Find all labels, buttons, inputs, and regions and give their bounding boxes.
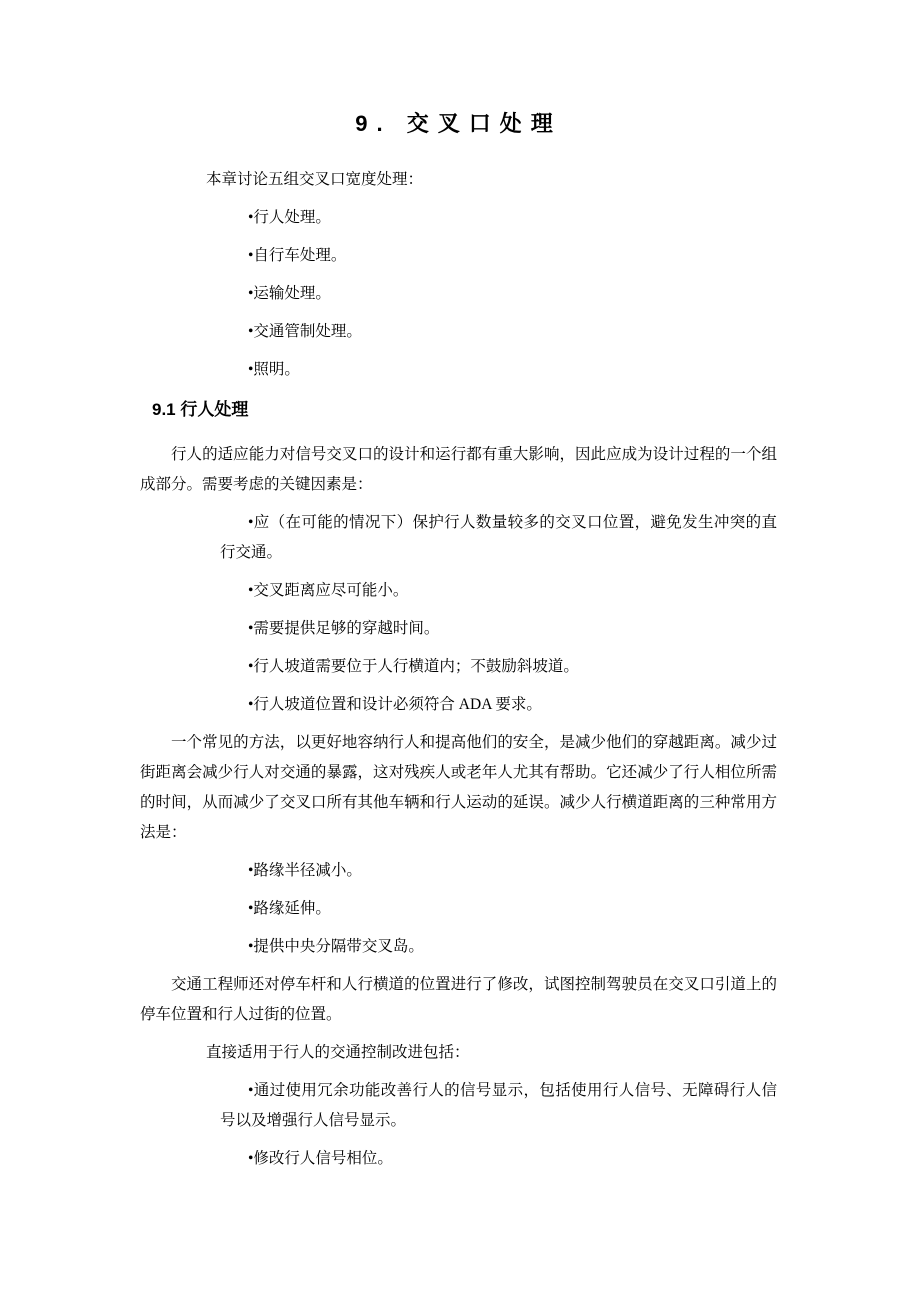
bullet-item: •需要提供足够的穿越时间。	[140, 614, 777, 644]
bullet-item: •通过使用冗余功能改善行人的信号显示，包括使用行人信号、无障碍行人信号以及增强行…	[140, 1076, 777, 1136]
bullet-item: •自行车处理。	[140, 241, 777, 271]
paragraph: 一个常见的方法，以更好地容纳行人和提高他们的安全，是减少他们的穿越距离。减少过街…	[140, 728, 777, 848]
paragraph: 本章讨论五组交叉口宽度处理：	[140, 165, 777, 195]
paragraph: 行人的适应能力对信号交叉口的设计和运行都有重大影响，因此应成为设计过程的一个组成…	[140, 440, 777, 500]
bullet-item: •行人坡道位置和设计必须符合 ADA 要求。	[140, 690, 777, 720]
chapter-title: 9. 交叉口处理	[140, 109, 777, 139]
bullet-item: •提供中央分隔带交叉岛。	[140, 932, 777, 962]
bullet-item: •交叉距离应尽可能小。	[140, 576, 777, 606]
bullet-item: •运输处理。	[140, 279, 777, 309]
document-page: 9. 交叉口处理 本章讨论五组交叉口宽度处理：•行人处理。•自行车处理。•运输处…	[0, 0, 921, 1305]
paragraph: 交通工程师还对停车杆和人行横道的位置进行了修改，试图控制驾驶员在交叉口引道上的停…	[140, 970, 777, 1030]
bullet-item: •行人处理。	[140, 203, 777, 233]
bullet-item: •照明。	[140, 355, 777, 385]
section-heading: 9.1 行人处理	[140, 395, 777, 425]
bullet-item: •修改行人信号相位。	[140, 1144, 777, 1174]
bullet-item: •路缘半径减小。	[140, 856, 777, 886]
bullet-item: •路缘延伸。	[140, 894, 777, 924]
bullet-item: •交通管制处理。	[140, 317, 777, 347]
bullet-item: •应（在可能的情况下）保护行人数量较多的交叉口位置，避免发生冲突的直行交通。	[140, 508, 777, 568]
document-body: 本章讨论五组交叉口宽度处理：•行人处理。•自行车处理。•运输处理。•交通管制处理…	[140, 165, 777, 1174]
bullet-item: •行人坡道需要位于人行横道内；不鼓励斜坡道。	[140, 652, 777, 682]
paragraph: 直接适用于行人的交通控制改进包括：	[140, 1038, 777, 1068]
